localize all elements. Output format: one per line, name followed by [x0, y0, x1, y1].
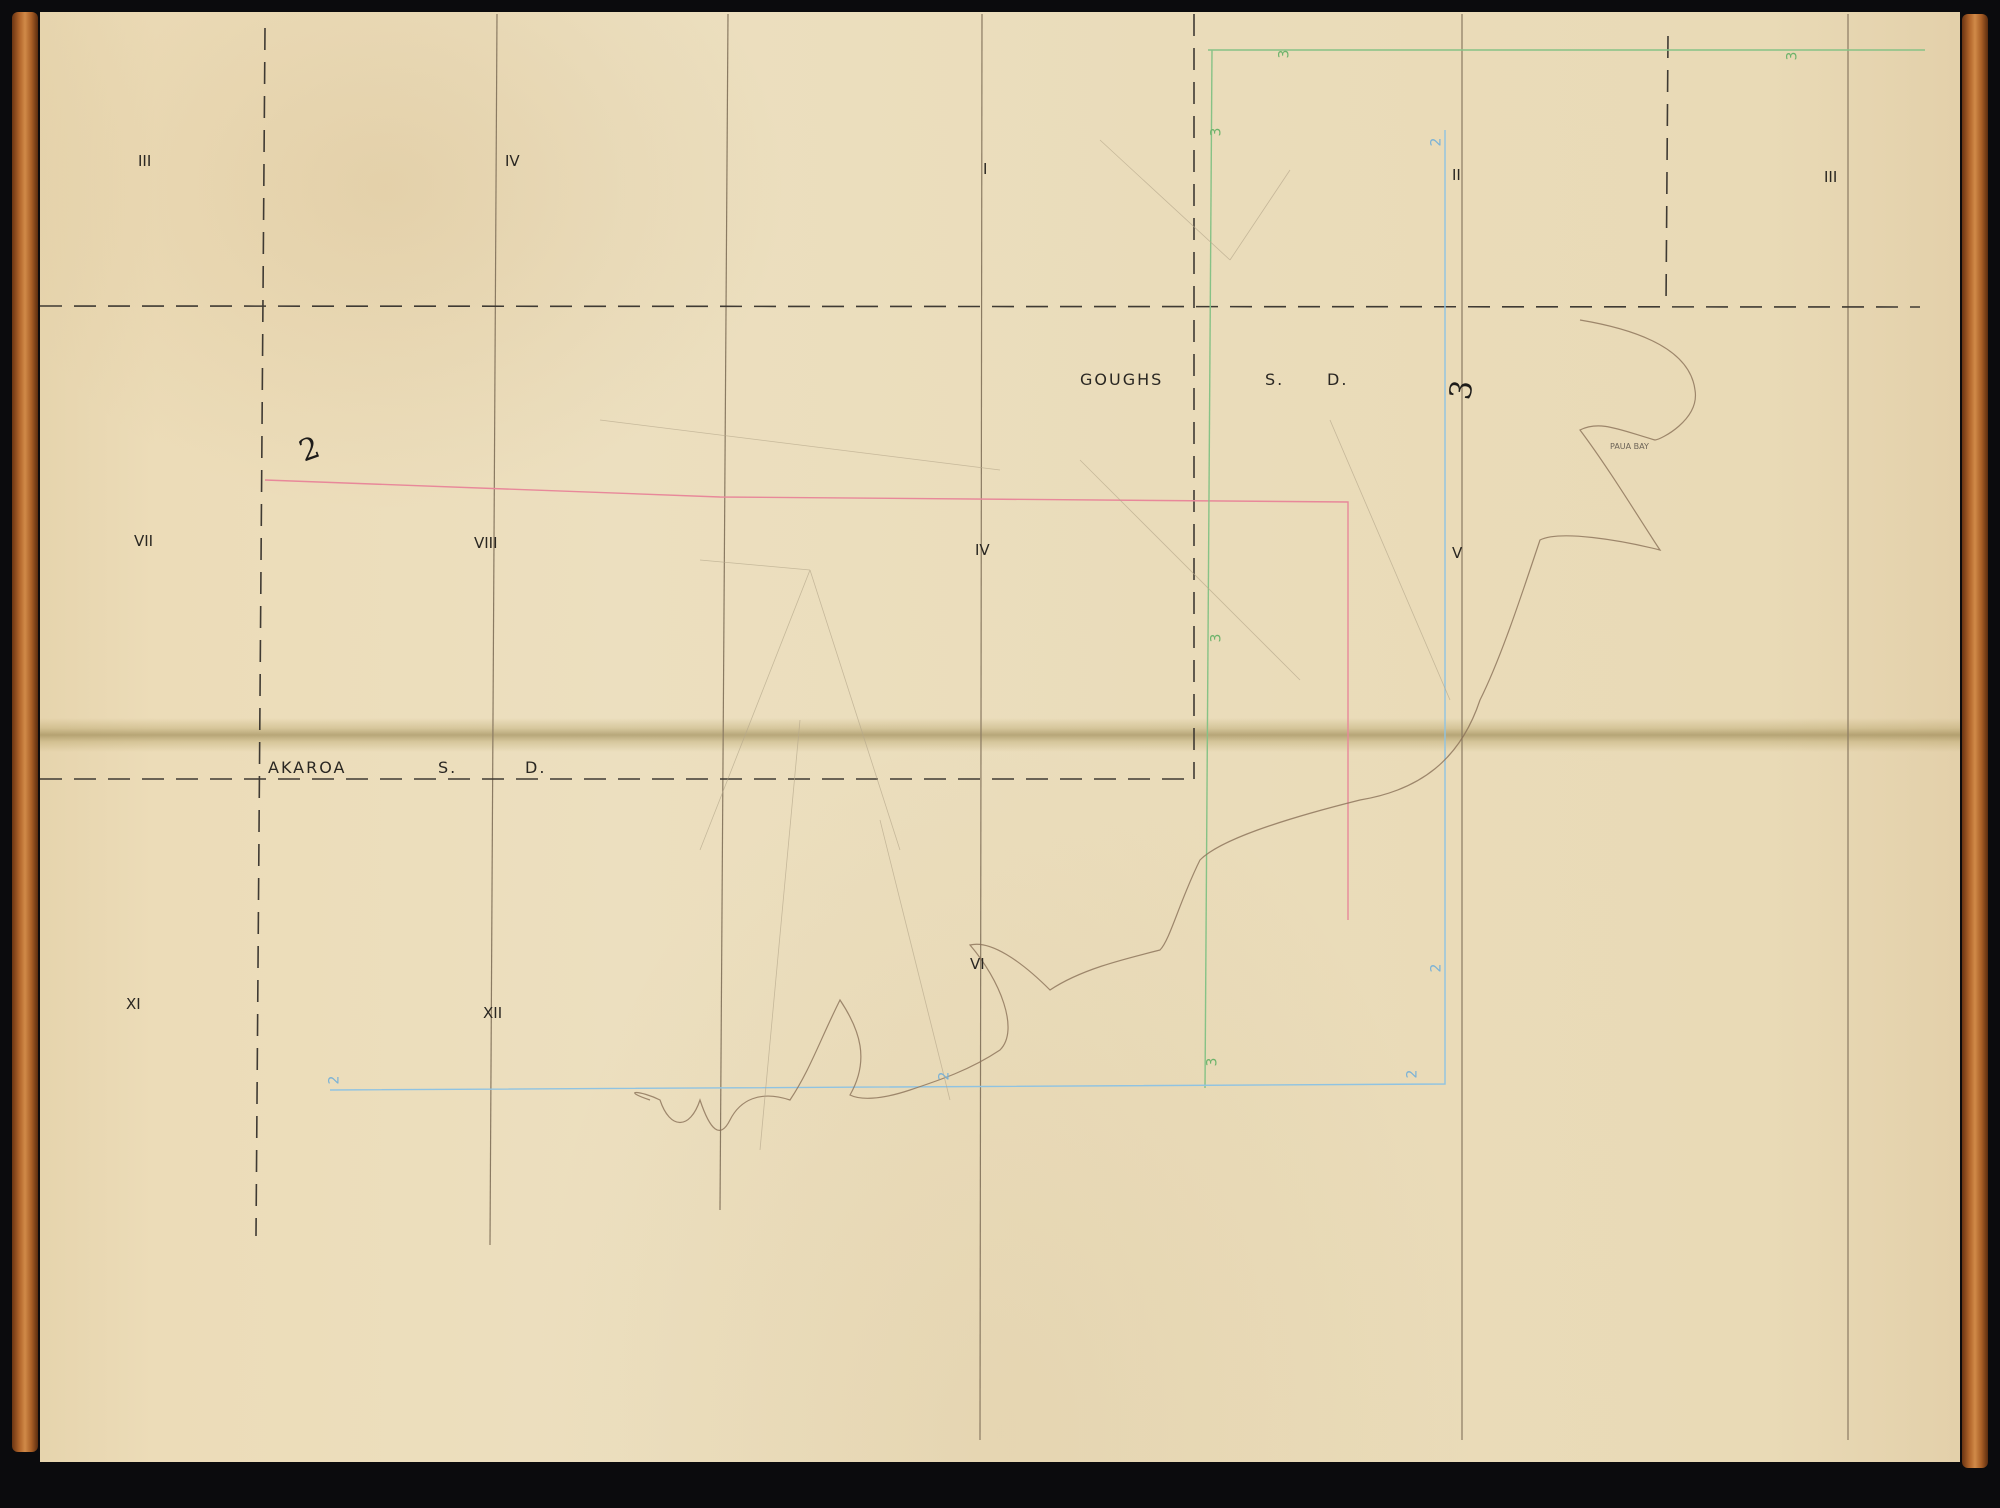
- green-grid-number: 3: [1276, 50, 1292, 59]
- blue-grid-number: 2: [936, 1072, 952, 1081]
- sheet-label-ii-top: II: [1452, 166, 1461, 184]
- place-name-paua-bay: PAUA BAY: [1610, 442, 1649, 451]
- map-linework: [0, 0, 2000, 1508]
- district-goughs: GOUGHS: [1080, 370, 1163, 389]
- blue-grid-number: 2: [326, 1076, 342, 1085]
- district-goughs-s: S.: [1265, 370, 1284, 389]
- sheet-label-vi: VI: [970, 955, 985, 973]
- sheet-label-iv-top: IV: [505, 152, 520, 170]
- sheet-label-xii: XII: [483, 1004, 502, 1022]
- district-akaroa-s: S.: [438, 758, 457, 777]
- coastline: [635, 320, 1696, 1130]
- sheet-label-v: V: [1452, 544, 1462, 562]
- green-grid-number: 3: [1204, 1058, 1220, 1067]
- green-grid-number: 3: [1208, 634, 1224, 643]
- coloured-boundaries: [265, 50, 1925, 1090]
- blue-grid-number: 2: [1404, 1070, 1420, 1079]
- district-akaroa-d: D.: [525, 758, 546, 777]
- blue-grid-number: 2: [1428, 964, 1444, 973]
- blue-grid-number: 2: [1428, 138, 1444, 147]
- sheet-label-i-top: I: [983, 160, 987, 178]
- sheet-label-vii: VII: [134, 532, 153, 550]
- sheet-label-xi: XI: [126, 995, 141, 1013]
- district-akaroa: AKAROA: [268, 758, 346, 777]
- sheet-label-iii-top-right: III: [1824, 168, 1837, 186]
- sheet-label-iv-mid: IV: [975, 541, 990, 559]
- sheet-divider-lines: [490, 14, 1848, 1440]
- sheet-label-viii: VIII: [474, 534, 498, 552]
- district-goughs-d: D.: [1327, 370, 1348, 389]
- district-goughs-name: GOUGHS: [1080, 370, 1163, 389]
- green-grid-number: 3: [1208, 128, 1224, 137]
- map-scan: GOUGHS S. D. AKAROA S. D. III IV I II II…: [0, 0, 2000, 1508]
- parcel-lines: [600, 140, 1450, 1150]
- district-akaroa-name: AKAROA: [268, 758, 346, 777]
- sheet-label-iii-top-left: III: [138, 152, 151, 170]
- green-grid-number: 3: [1784, 52, 1800, 61]
